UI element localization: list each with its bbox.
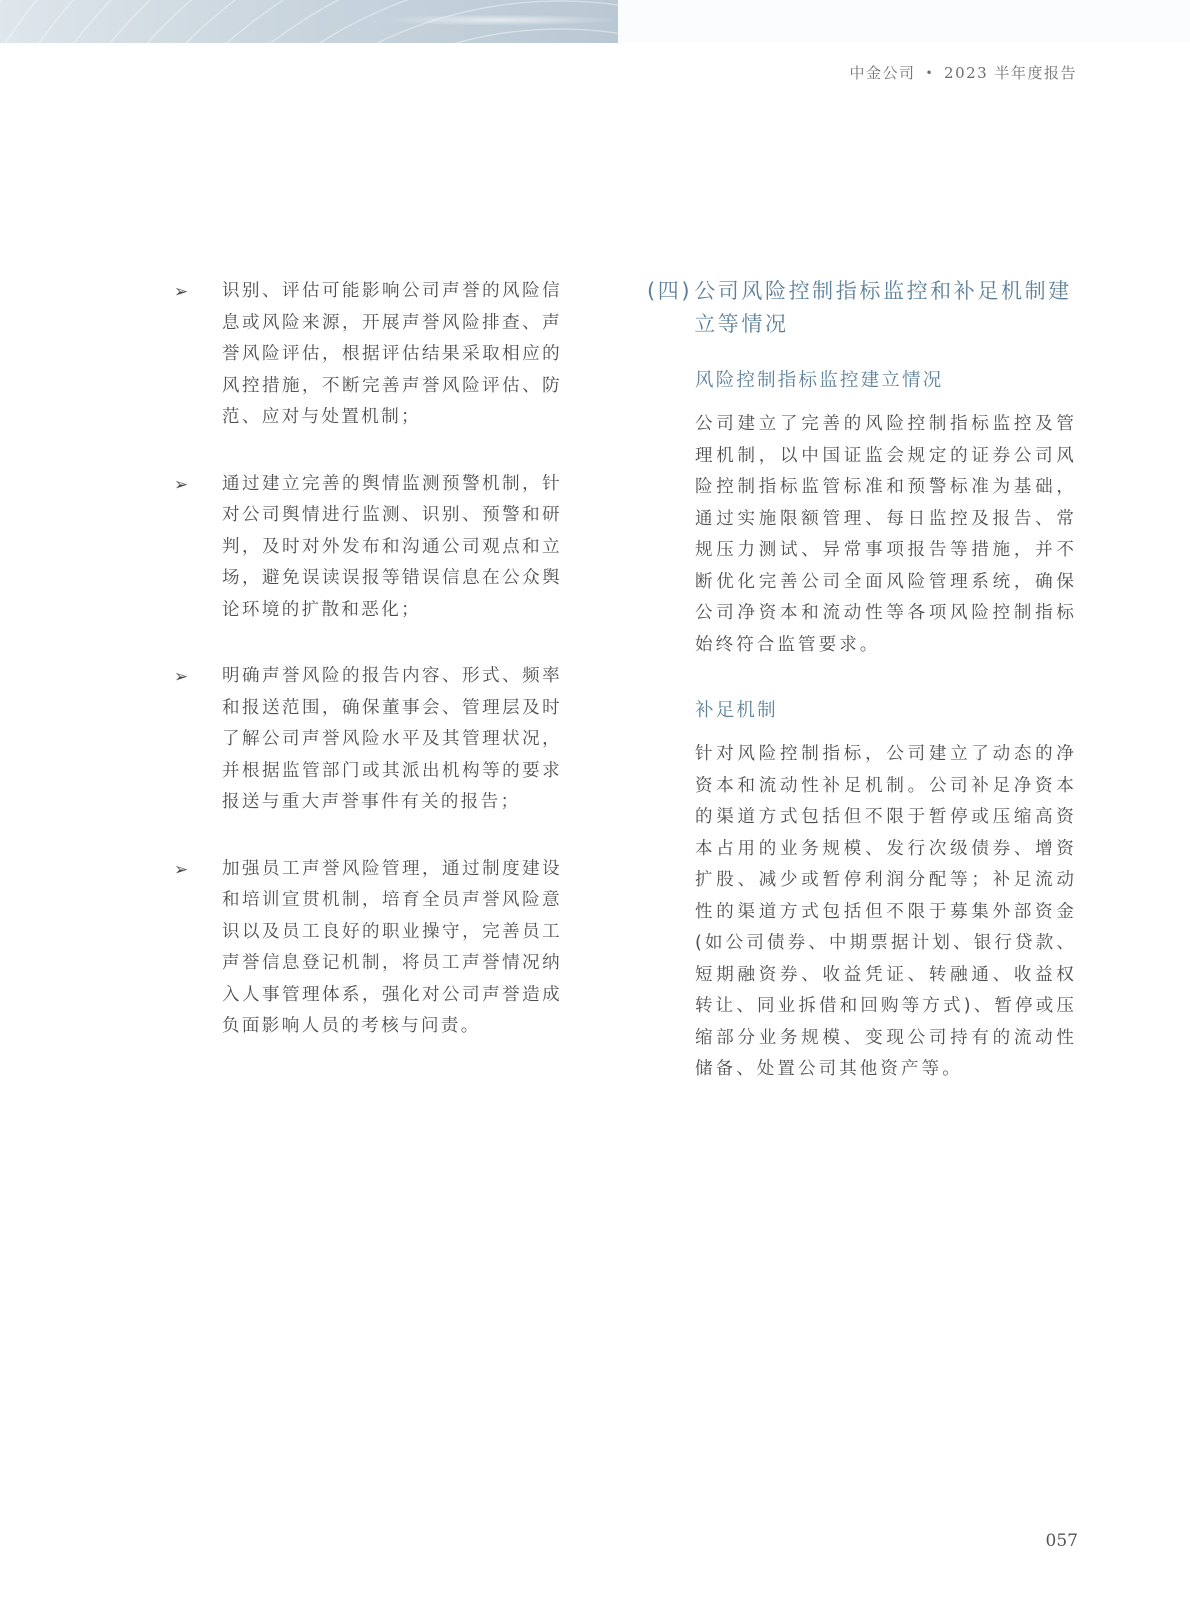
section-number: (四) bbox=[647, 275, 692, 341]
separator-dot: • bbox=[925, 66, 934, 80]
subsection-body-monitoring: 公司建立了完善的风险控制指标监控及管理机制，以中国证监会规定的证券公司风险控制指… bbox=[695, 409, 1077, 661]
page-header: 中金公司 • 2023 半年度报告 bbox=[849, 62, 1077, 83]
left-column: ➢ 识别、评估可能影响公司声誉的风险信息或风险来源，开展声誉风险排查、声誉风险评… bbox=[172, 276, 562, 1078]
company-name: 中金公司 bbox=[849, 62, 915, 83]
arrowhead-right-icon: ➢ bbox=[174, 469, 188, 501]
subsection-title-monitoring: 风险控制指标监控建立情况 bbox=[695, 367, 1077, 395]
list-item: ➢ 识别、评估可能影响公司声誉的风险信息或风险来源，开展声誉风险排查、声誉风险评… bbox=[172, 276, 562, 434]
bullet-text: 加强员工声誉风险管理，通过制度建设和培训宣贯机制，培育全员声誉风险意识以及员工良… bbox=[222, 854, 562, 1043]
bullet-text: 通过建立完善的舆情监测预警机制，针对公司舆情进行监测、识别、预警和研判，及时对外… bbox=[222, 469, 562, 627]
subsection-title-replenishment: 补足机制 bbox=[695, 697, 1077, 725]
section-heading: (四) 公司风险控制指标监控和补足机制建立等情况 bbox=[647, 275, 1077, 341]
subsection-body-replenishment: 针对风险控制指标，公司建立了动态的净资本和流动性补足机制。公司补足净资本的渠道方… bbox=[695, 739, 1077, 1086]
banner-background bbox=[618, 0, 1190, 43]
right-column: (四) 公司风险控制指标监控和补足机制建立等情况 风险控制指标监控建立情况 公司… bbox=[647, 275, 1077, 1086]
arrowhead-right-icon: ➢ bbox=[174, 661, 188, 693]
bullet-text: 识别、评估可能影响公司声誉的风险信息或风险来源，开展声誉风险排查、声誉风险评估，… bbox=[222, 276, 562, 434]
list-item: ➢ 加强员工声誉风险管理，通过制度建设和培训宣贯机制，培育全员声誉风险意识以及员… bbox=[172, 854, 562, 1043]
report-title: 2023 半年度报告 bbox=[944, 62, 1077, 83]
bullet-text: 明确声誉风险的报告内容、形式、频率和报送范围，确保董事会、管理层及时了解公司声誉… bbox=[222, 661, 562, 819]
decorative-banner bbox=[0, 0, 618, 43]
arrowhead-right-icon: ➢ bbox=[174, 276, 188, 308]
section-title: 公司风险控制指标监控和补足机制建立等情况 bbox=[694, 275, 1077, 341]
arrowhead-right-icon: ➢ bbox=[174, 854, 188, 886]
page-number: 057 bbox=[1046, 1531, 1078, 1551]
list-item: ➢ 通过建立完善的舆情监测预警机制，针对公司舆情进行监测、识别、预警和研判，及时… bbox=[172, 469, 562, 627]
list-item: ➢ 明确声誉风险的报告内容、形式、频率和报送范围，确保董事会、管理层及时了解公司… bbox=[172, 661, 562, 819]
